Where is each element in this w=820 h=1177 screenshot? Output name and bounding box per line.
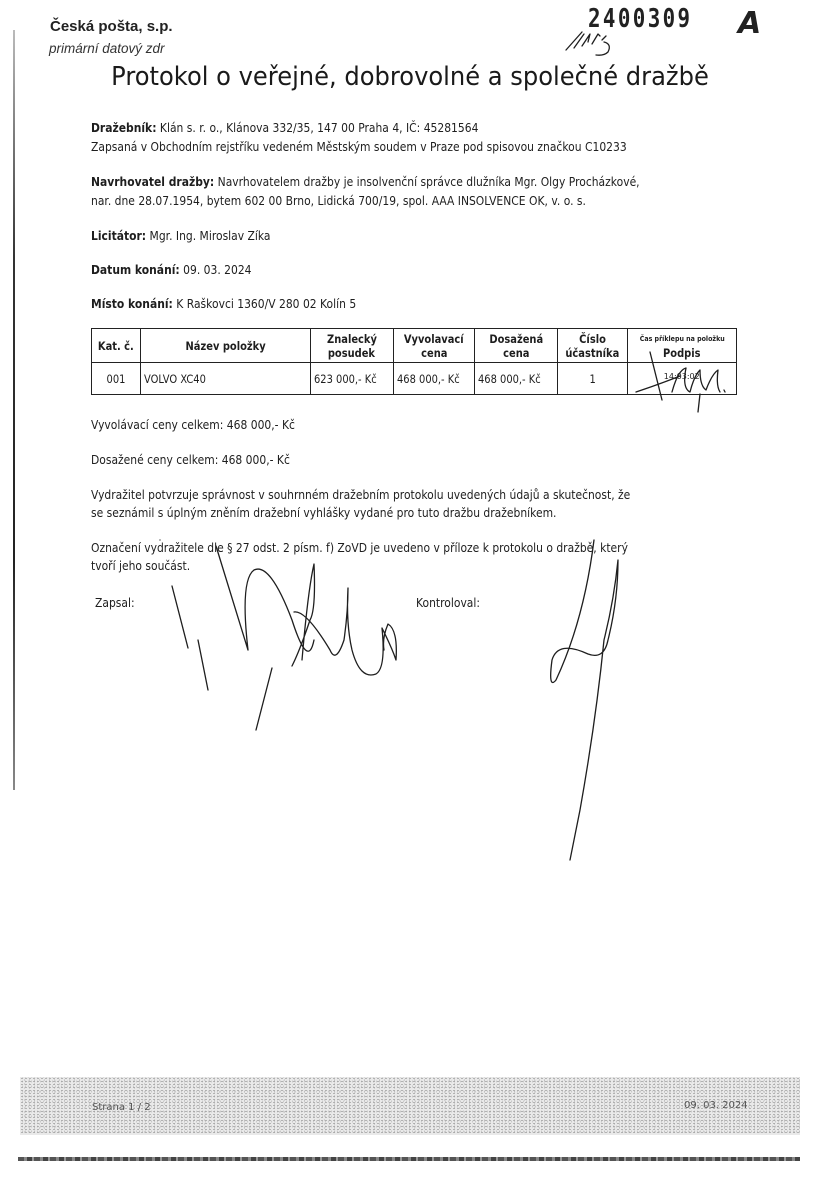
col-header-final-price: Dosaženácena: [475, 329, 558, 363]
cell-start-price: 468 000,- Kč: [393, 363, 475, 395]
page-number: Strana 1 / 2: [92, 1102, 151, 1113]
place-value: K Raškovci 1360/V 280 02 Kolín 5: [176, 296, 356, 311]
proposer-line: Navrhovatel dražby: Navrhovatelem dražby…: [91, 171, 640, 192]
footer-date: 09. 03. 2024: [684, 1100, 748, 1111]
cell-cat: 001: [92, 363, 141, 395]
proposer-value: Navrhovatelem dražby je insolvenční sprá…: [218, 174, 640, 189]
recorder-signature: [160, 500, 420, 740]
auctioneer-value: Klán s. r. o., Klánova 332/35, 147 00 Pr…: [160, 120, 478, 135]
checked-by-label: Kontroloval:: [416, 592, 480, 613]
sender-name: Česká pošta, s.p.: [50, 18, 173, 35]
recorded-by-label: Zapsal:: [95, 592, 135, 613]
scan-edge-line: [13, 30, 15, 790]
bidder-signature: [620, 340, 740, 420]
auctioneer-line: Dražebník: Klán s. r. o., Klánova 332/35…: [91, 117, 478, 138]
cell-final-price: 468 000,- Kč: [475, 363, 558, 395]
licitator-label: Licitátor:: [91, 228, 146, 243]
date-label: Datum konání:: [91, 262, 180, 277]
col-header-bidder: Čísloúčastníka: [557, 329, 627, 363]
place-line: Místo konání: K Raškovci 1360/V 280 02 K…: [91, 293, 356, 314]
cell-expert: 623 000,- Kč: [311, 363, 394, 395]
date-value: 09. 03. 2024: [183, 262, 251, 277]
licitator-line: Licitátor: Mgr. Ing. Miroslav Zíka: [91, 225, 271, 246]
registration-stamp-letter: A: [738, 6, 761, 41]
cell-name: VOLVO XC40: [140, 363, 310, 395]
final-price-total: Dosažené ceny celkem: 468 000,- Kč: [91, 449, 290, 470]
footer-rule: [18, 1157, 800, 1161]
date-line: Datum konání: 09. 03. 2024: [91, 259, 252, 280]
place-label: Místo konání:: [91, 296, 173, 311]
start-price-total: Vyvolávací ceny celkem: 468 000,- Kč: [91, 414, 295, 435]
cell-bidder: 1: [557, 363, 627, 395]
checker-signature: [500, 520, 620, 880]
auctioneer-registration: Zapsaná v Obchodním rejstříku vedeném Mě…: [91, 136, 627, 157]
col-header-start-price: Vyvolavacícena: [393, 329, 475, 363]
col-header-name: Název položky: [140, 329, 310, 363]
col-header-expert: Znaleckýposudek: [311, 329, 394, 363]
proposer-label: Navrhovatel dražby:: [91, 174, 214, 189]
document-title: Protokol o veřejné, dobrovolné a společn…: [29, 62, 792, 92]
licitator-value: Mgr. Ing. Miroslav Zíka: [150, 228, 271, 243]
sender-subtitle: primární datový zdr: [49, 41, 165, 56]
proposer-details: nar. dne 28.07.1954, bytem 602 00 Brno, …: [91, 190, 586, 211]
col-header-cat: Kat. č.: [92, 329, 141, 363]
auctioneer-label: Dražebník:: [91, 120, 157, 135]
stamp-initials-scribble: [560, 22, 640, 62]
